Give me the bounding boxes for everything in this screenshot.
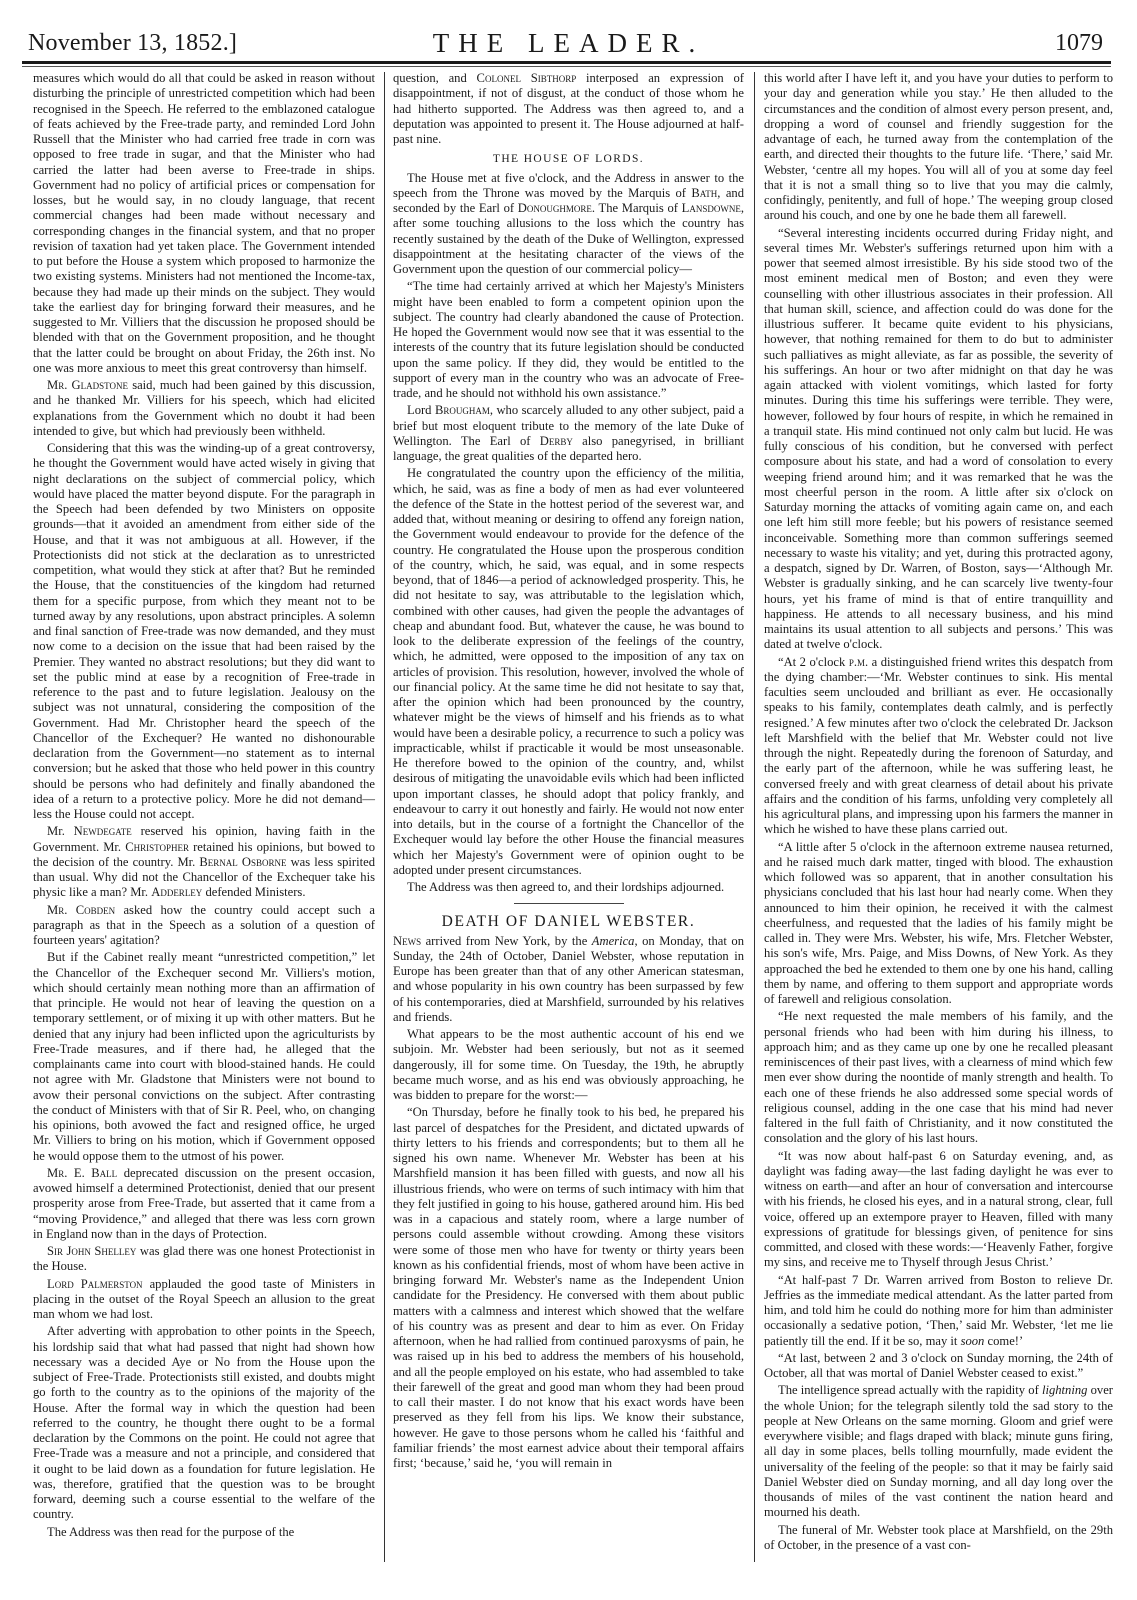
paragraph: “It was now about half-past 6 on Saturda… [764, 1149, 1113, 1271]
column-1: measures which would do all that could b… [33, 71, 375, 1542]
paragraph: Mr. Cobden asked how the country could a… [33, 903, 375, 949]
masthead-rule-thin [22, 66, 1111, 67]
paragraph: What appears to be the most authentic ac… [393, 1027, 744, 1103]
paragraph: News arrived from New York, by the Ameri… [393, 934, 744, 1026]
paragraph: The intelligence spread actually with th… [764, 1383, 1113, 1520]
paragraph: But if the Cabinet really meant “unrestr… [33, 950, 375, 1164]
paragraph: Lord Palmerston applauded the good taste… [33, 1277, 375, 1323]
speaker-name: News [393, 934, 421, 948]
section-rule [514, 903, 624, 904]
paragraph: “A little after 5 o'clock in the afterno… [764, 840, 1113, 1008]
paragraph: “At half-past 7 Dr. Warren arrived from … [764, 1273, 1113, 1349]
speaker-name: Derby [540, 434, 573, 448]
speaker-name: Christopher [125, 840, 189, 854]
paragraph: Mr. E. Ball deprecated discussion on the… [33, 1166, 375, 1242]
italic-text: America [592, 934, 635, 948]
italic-text: soon [961, 1334, 985, 1348]
newspaper-title: THE LEADER. [0, 28, 1137, 59]
paragraph: Considering that this was the winding-up… [33, 441, 375, 822]
paragraph: “Several interesting incidents occurred … [764, 226, 1113, 653]
column-2: question, and Colonel Sibthorp interpose… [393, 71, 744, 1473]
speaker-name: p.m. [849, 655, 868, 669]
paragraph: Mr. Gladstone said, much had been gained… [33, 378, 375, 439]
speaker-name: Donoughmore [518, 201, 592, 215]
speaker-name: Brougham [435, 403, 490, 417]
paragraph: Sir John Shelley was glad there was one … [33, 1244, 375, 1275]
speaker-name: Mr. Gladstone [47, 378, 128, 392]
article-heading: DEATH OF DANIEL WEBSTER. [393, 914, 744, 929]
italic-text: lightning [1042, 1383, 1087, 1397]
speaker-name: Lord Palmerston [47, 1277, 143, 1291]
paragraph: The House met at five o'clock, and the A… [393, 171, 744, 278]
paragraph: The funeral of Mr. Webster took place at… [764, 1523, 1113, 1554]
paragraph: “On Thursday, before he finally took to … [393, 1105, 744, 1471]
masthead: November 13, 1852.] THE LEADER. 1079 [0, 0, 1137, 66]
speaker-name: Colonel Sibthorp [477, 71, 577, 85]
paragraph: question, and Colonel Sibthorp interpose… [393, 71, 744, 147]
section-heading: THE HOUSE OF LORDS. [393, 152, 744, 167]
masthead-rule [22, 61, 1111, 64]
speaker-name: Newdegate [74, 824, 132, 838]
column-3: this world after I have left it, and you… [764, 71, 1113, 1555]
paragraph: “At last, between 2 and 3 o'clock on Sun… [764, 1351, 1113, 1382]
speaker-name: Mr. Cobden [47, 903, 115, 917]
column-divider-2 [754, 72, 755, 1562]
speaker-name: Sir John Shelley [47, 1244, 136, 1258]
paragraph: He congratulated the country upon the ef… [393, 466, 744, 878]
paragraph: “The time had certainly arrived at which… [393, 279, 744, 401]
speaker-name: Bath [691, 186, 717, 200]
paragraph: “He next requested the male members of h… [764, 1009, 1113, 1146]
paragraph: After adverting with approbation to othe… [33, 1324, 375, 1522]
speaker-name: Mr. E. Ball [47, 1166, 117, 1180]
speaker-name: Bernal Osborne [199, 855, 286, 869]
paragraph: “At 2 o'clock p.m. a distinguished frien… [764, 655, 1113, 838]
paragraph: Lord Brougham, who scarcely alluded to a… [393, 403, 744, 464]
column-divider-1 [384, 72, 385, 1562]
paragraph: The Address was then read for the purpos… [33, 1525, 375, 1540]
speaker-name: Adderley [151, 885, 202, 899]
paragraph: this world after I have left it, and you… [764, 71, 1113, 224]
paragraph: measures which would do all that could b… [33, 71, 375, 376]
speaker-name: Lansdowne [682, 201, 741, 215]
paragraph: The Address was then agreed to, and thei… [393, 880, 744, 895]
page-number: 1079 [1055, 30, 1103, 57]
paragraph: Mr. Newdegate reserved his opinion, havi… [33, 824, 375, 900]
